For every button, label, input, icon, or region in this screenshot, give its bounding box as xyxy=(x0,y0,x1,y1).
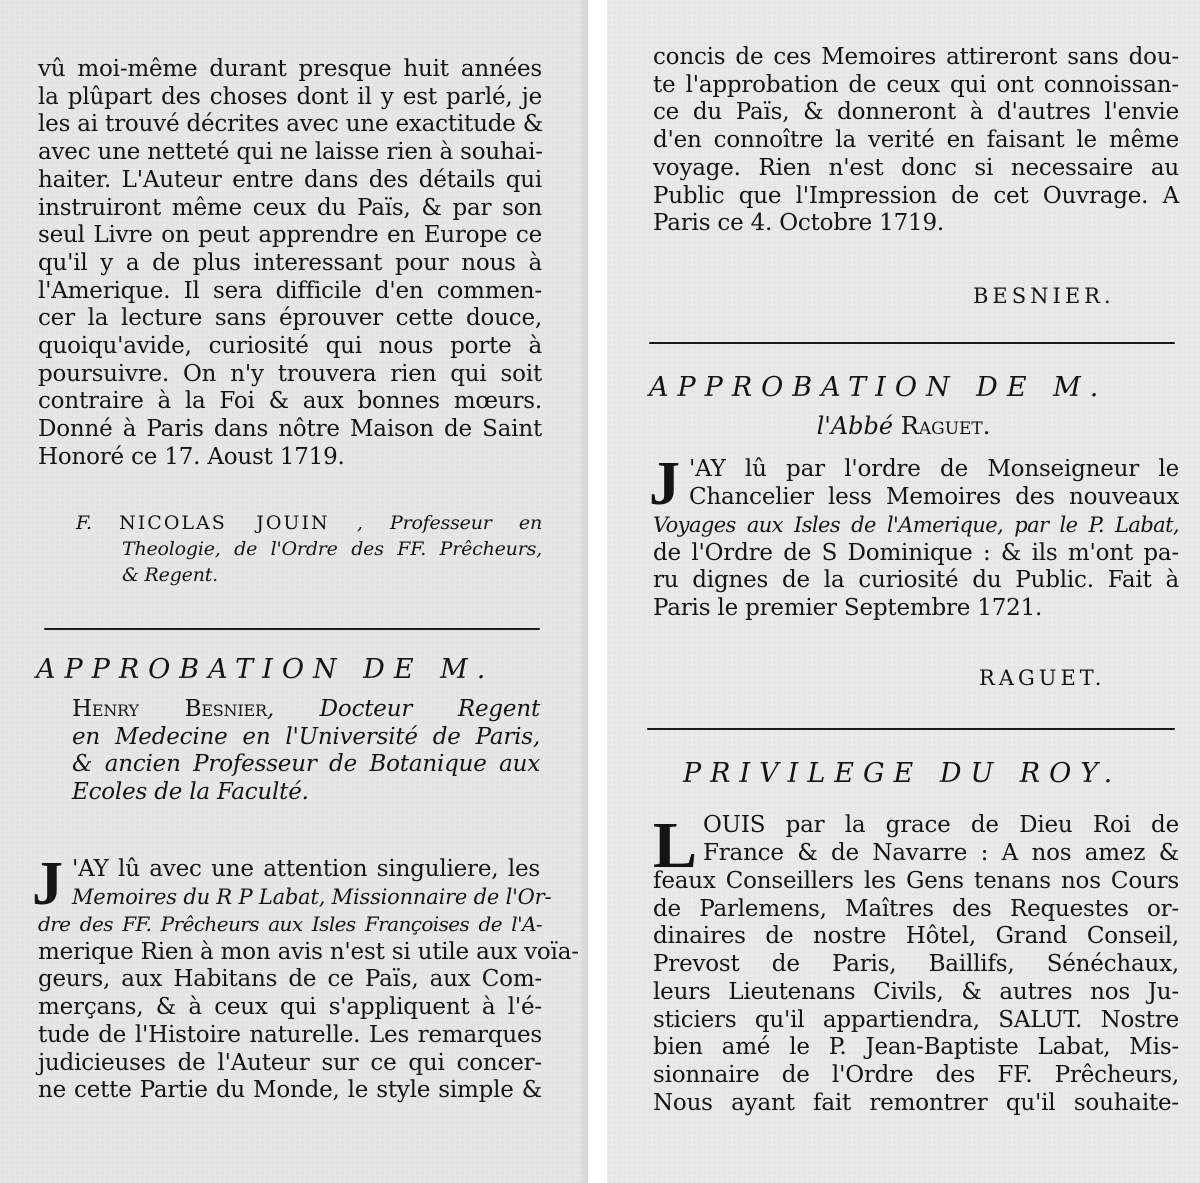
approbation-raguet-heading: APPROBATION DE M. xyxy=(649,372,1179,403)
text-line: avec une netteté qui ne laisse rien à so… xyxy=(38,139,542,167)
approbation-raguet-body: Voyages aux Isles de l'Amerique, par le … xyxy=(653,512,1179,623)
text-line: haiter. L'Auteur entre dans des détails … xyxy=(38,167,542,195)
approbation-besnier-subheading: Henry Besnier, Docteur Regent en Medecin… xyxy=(72,696,540,807)
text-line: quoiqu'avide, curiosité qui nous porte à xyxy=(38,333,542,361)
approbation-besnier-heading: APPROBATION DE M. xyxy=(36,654,544,685)
section-divider xyxy=(649,342,1175,344)
privilege-body: feaux Conseillers les Gens tenans nos Co… xyxy=(653,868,1179,1117)
text-line: Honoré ce 17. Aoust 1719. xyxy=(38,444,542,472)
text-line: les ai trouvé décrites avec une exactitu… xyxy=(38,111,542,139)
text-line: instruiront même ceux du Païs, & par son xyxy=(38,195,542,223)
privilege-heading: PRIVILEGE DU ROY. xyxy=(683,758,1153,789)
text-line: seul Livre on peut apprendre en Europe c… xyxy=(38,222,542,250)
approbation-besnier-body-head: 'AY lû avec une attention singuliere, le… xyxy=(72,856,540,911)
text-line: vû moi-même durant presque huit années xyxy=(38,56,542,84)
right-page: concis de ces Memoires attireront sans d… xyxy=(607,0,1200,1183)
signature-besnier: BESNIER. xyxy=(973,284,1115,308)
right-continued-text: concis de ces Memoires attireront sans d… xyxy=(653,44,1179,238)
approbation-raguet-body-head: 'AY lû par l'ordre de Monseigneur le Cha… xyxy=(689,456,1179,511)
signature-prefix: F. xyxy=(76,512,92,534)
dropcap-j: J xyxy=(649,456,680,512)
text-line: qu'il y a de plus interessant pour nous … xyxy=(38,250,542,278)
left-page: vû moi-même durant presque huit années l… xyxy=(0,0,588,1183)
signature-name: NICOLAS JOUIN xyxy=(119,512,329,534)
privilege-body-head: OUIS par la grace de Dieu Roi de France … xyxy=(703,812,1179,867)
signature-raguet: RAGUET. xyxy=(979,666,1105,690)
section-divider xyxy=(44,628,540,630)
besnier-name: Henry Besnier xyxy=(72,696,267,722)
jouin-signature-block: F. NICOLAS JOUIN , Professeur en Theolog… xyxy=(76,510,542,588)
text-line: contraire à la Foi & aux bonnes mœurs. xyxy=(38,388,542,416)
signature-line: & Regent. xyxy=(76,562,542,588)
dropcap-l: L xyxy=(653,818,697,874)
approbation-besnier-body: dre des FF. Prêcheurs aux Isles François… xyxy=(38,911,542,1105)
left-continued-text: vû moi-même durant presque huit années l… xyxy=(38,56,542,472)
text-line: l'Amerique. Il sera difficile d'en comme… xyxy=(38,278,542,306)
text-line: poursuivre. On n'y trouvera rien qui soi… xyxy=(38,361,542,389)
dropcap-j: J xyxy=(32,856,63,912)
text-line: la plûpart des choses dont il y est parl… xyxy=(38,84,542,112)
signature-title: , Professeur en xyxy=(357,512,542,534)
signature-line: Theologie, de l'Ordre des FF. Prêcheurs, xyxy=(76,536,542,562)
approbation-raguet-subheading: l'Abbé Raguet. xyxy=(607,412,1200,440)
text-line: cer la lecture sans éprouver cette douce… xyxy=(38,305,542,333)
text-line: Donné à Paris dans nôtre Maison de Saint xyxy=(38,416,542,444)
section-divider xyxy=(647,728,1175,730)
